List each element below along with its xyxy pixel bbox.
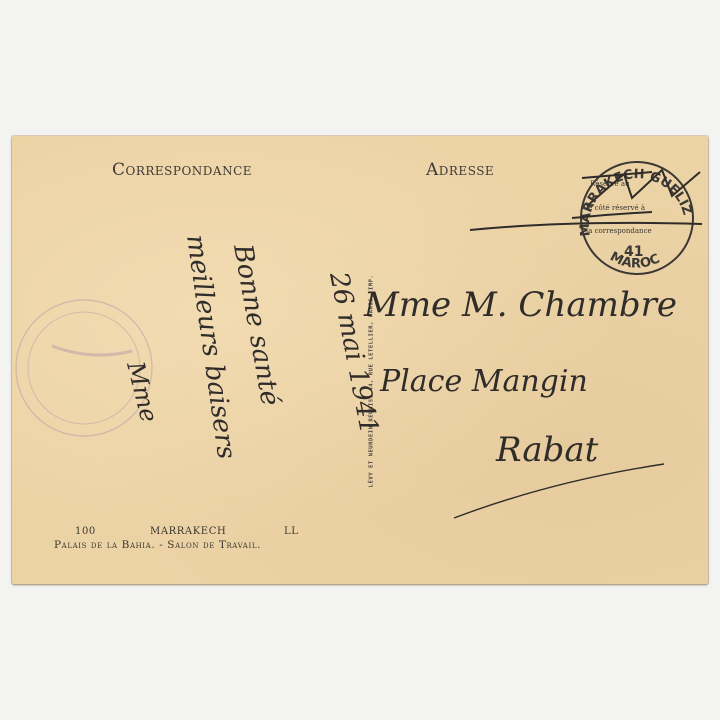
image-caption: 100 MARRAKECH LL Palais de la Bahia. - S… [54, 526, 261, 551]
postmark: MARRAKECH GUELIZ MAROC 41 Réservé au le … [470, 162, 702, 274]
caption-title: Palais de la Bahia. - Salon de Travail. [54, 539, 261, 551]
handwriting-layer: Bonne santé meilleurs baisers Mme 26 mai… [12, 136, 708, 584]
notice-line-3: la correspondance [586, 227, 652, 235]
notice-line-1: Réservé au [590, 180, 630, 188]
faded-postmark [16, 300, 152, 436]
publisher-mark: LL [284, 526, 298, 537]
printer-imprint: LÉVY ET NEURDEIN RÉUNIS, 44, RUE LETELLI… [363, 211, 379, 551]
address-line-2: Place Mangin [379, 364, 588, 399]
postmark-ring-bottom: MAROC [607, 249, 662, 271]
printer-imprint-text: LÉVY ET NEURDEIN RÉUNIS, 44, RUE LETELLI… [368, 275, 374, 488]
postmark-ring-top: MARRAKECH GUELIZ [578, 167, 695, 237]
correspondence-header: Correspondance [112, 160, 252, 180]
address-line-3: Rabat [495, 430, 599, 470]
notice-line-2: le côté réservé à [586, 203, 645, 212]
caption-number: 100 [75, 526, 96, 537]
handwritten-message: Bonne santé meilleurs baisers Mme 26 mai… [121, 233, 384, 461]
message-line-3: Mme [121, 358, 163, 425]
postmark-year: 41 [624, 244, 643, 260]
message-line-2: meilleurs baisers [180, 233, 241, 461]
address-line-1: Mme M. Chambre [363, 285, 677, 325]
handwritten-address: Mme M. Chambre Place Mangin Rabat [363, 285, 677, 518]
address-header: Adresse [426, 160, 494, 180]
postcard: Correspondance Adresse LÉVY ET NEURDEIN … [12, 136, 708, 584]
message-line-1: Bonne santé [227, 241, 285, 408]
caption-city: MARRAKECH [150, 526, 226, 537]
